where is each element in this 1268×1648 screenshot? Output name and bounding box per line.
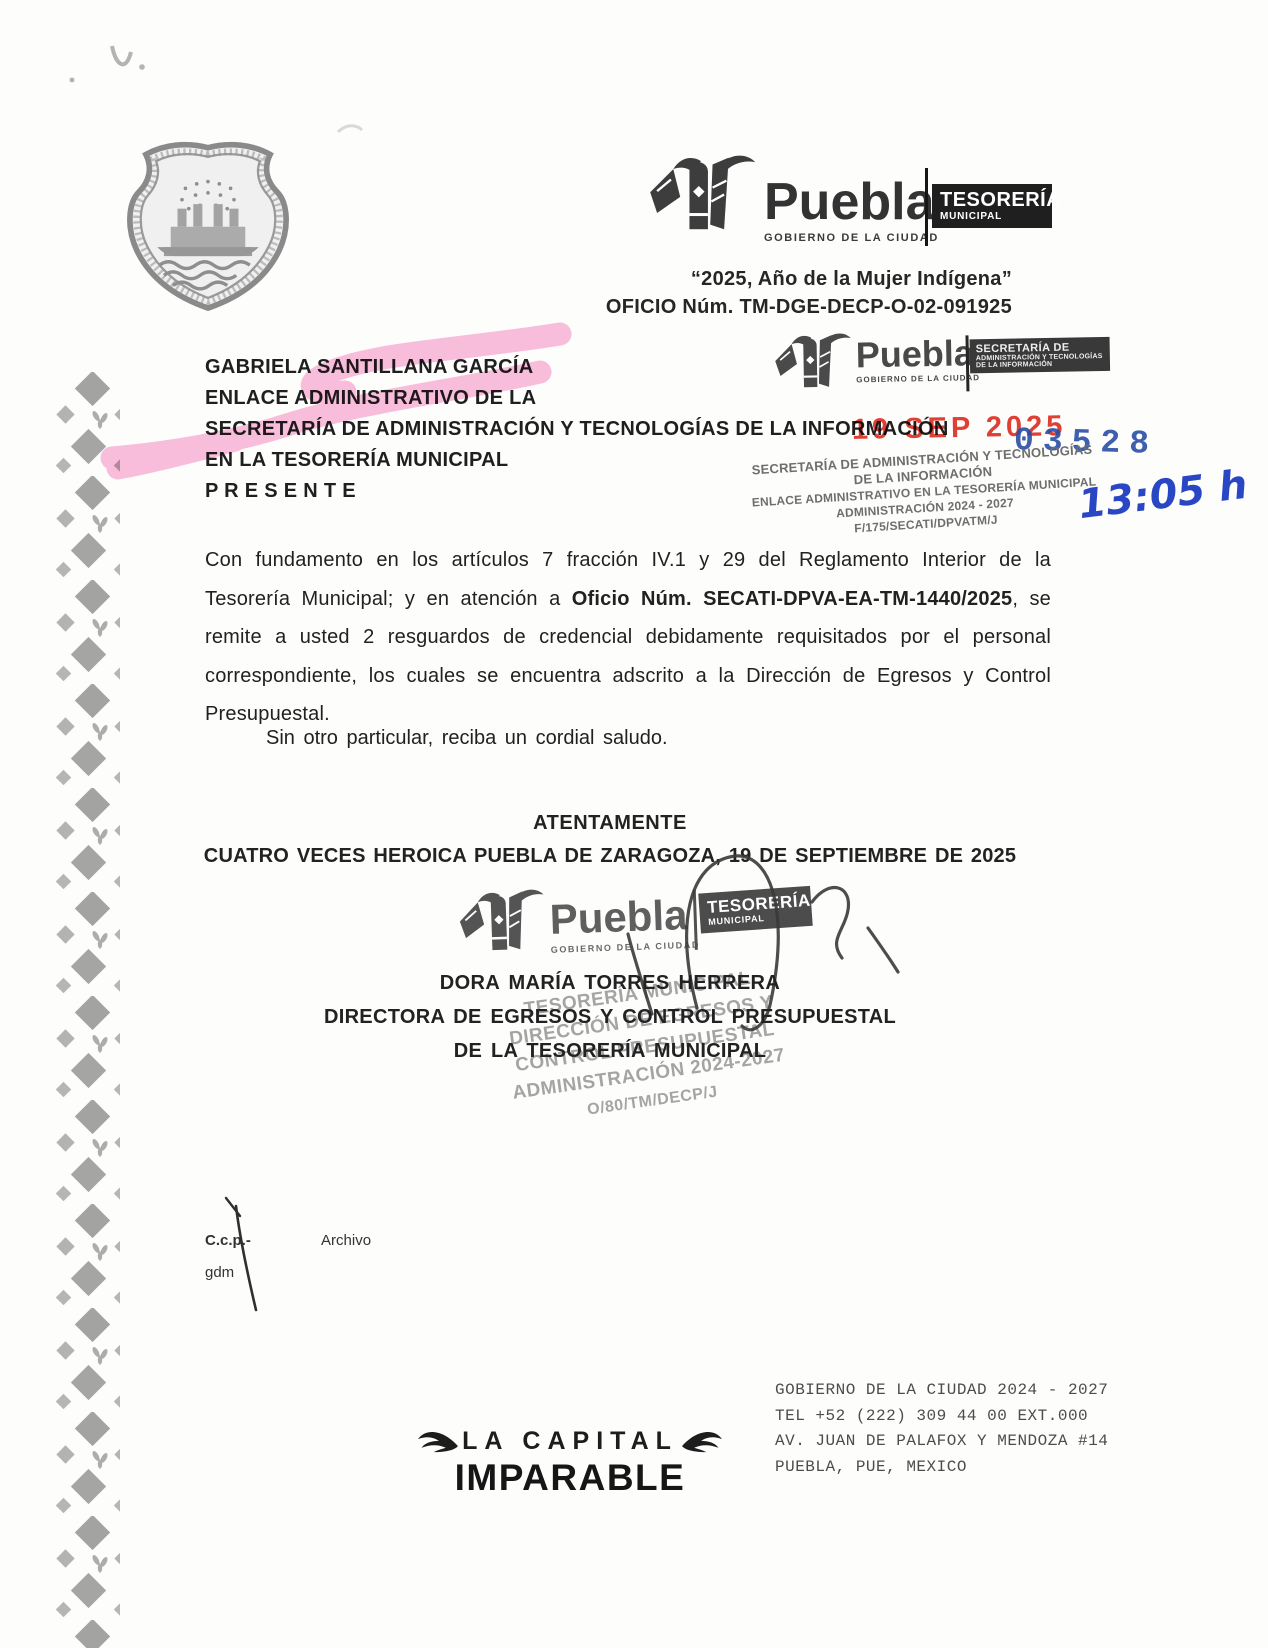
document-page: Puebla GOBIERNO DE LA CIUDAD TESORERÍA M… [0, 0, 1268, 1648]
signer-title1: DIRECTORA DE EGRESOS Y CONTROL PRESUPUES… [160, 1006, 1060, 1029]
signer-name: DORA MARÍA TORRES HERRERA [160, 972, 1060, 995]
signer-title2: DE LA TESORERÍA MUNICIPAL [160, 1040, 1060, 1063]
signer-block: DORA MARÍA TORRES HERRERA DIRECTORA DE E… [160, 972, 1060, 1063]
signature-pen-strokes [0, 0, 1268, 1648]
ccp-pen-mark [236, 1206, 256, 1310]
